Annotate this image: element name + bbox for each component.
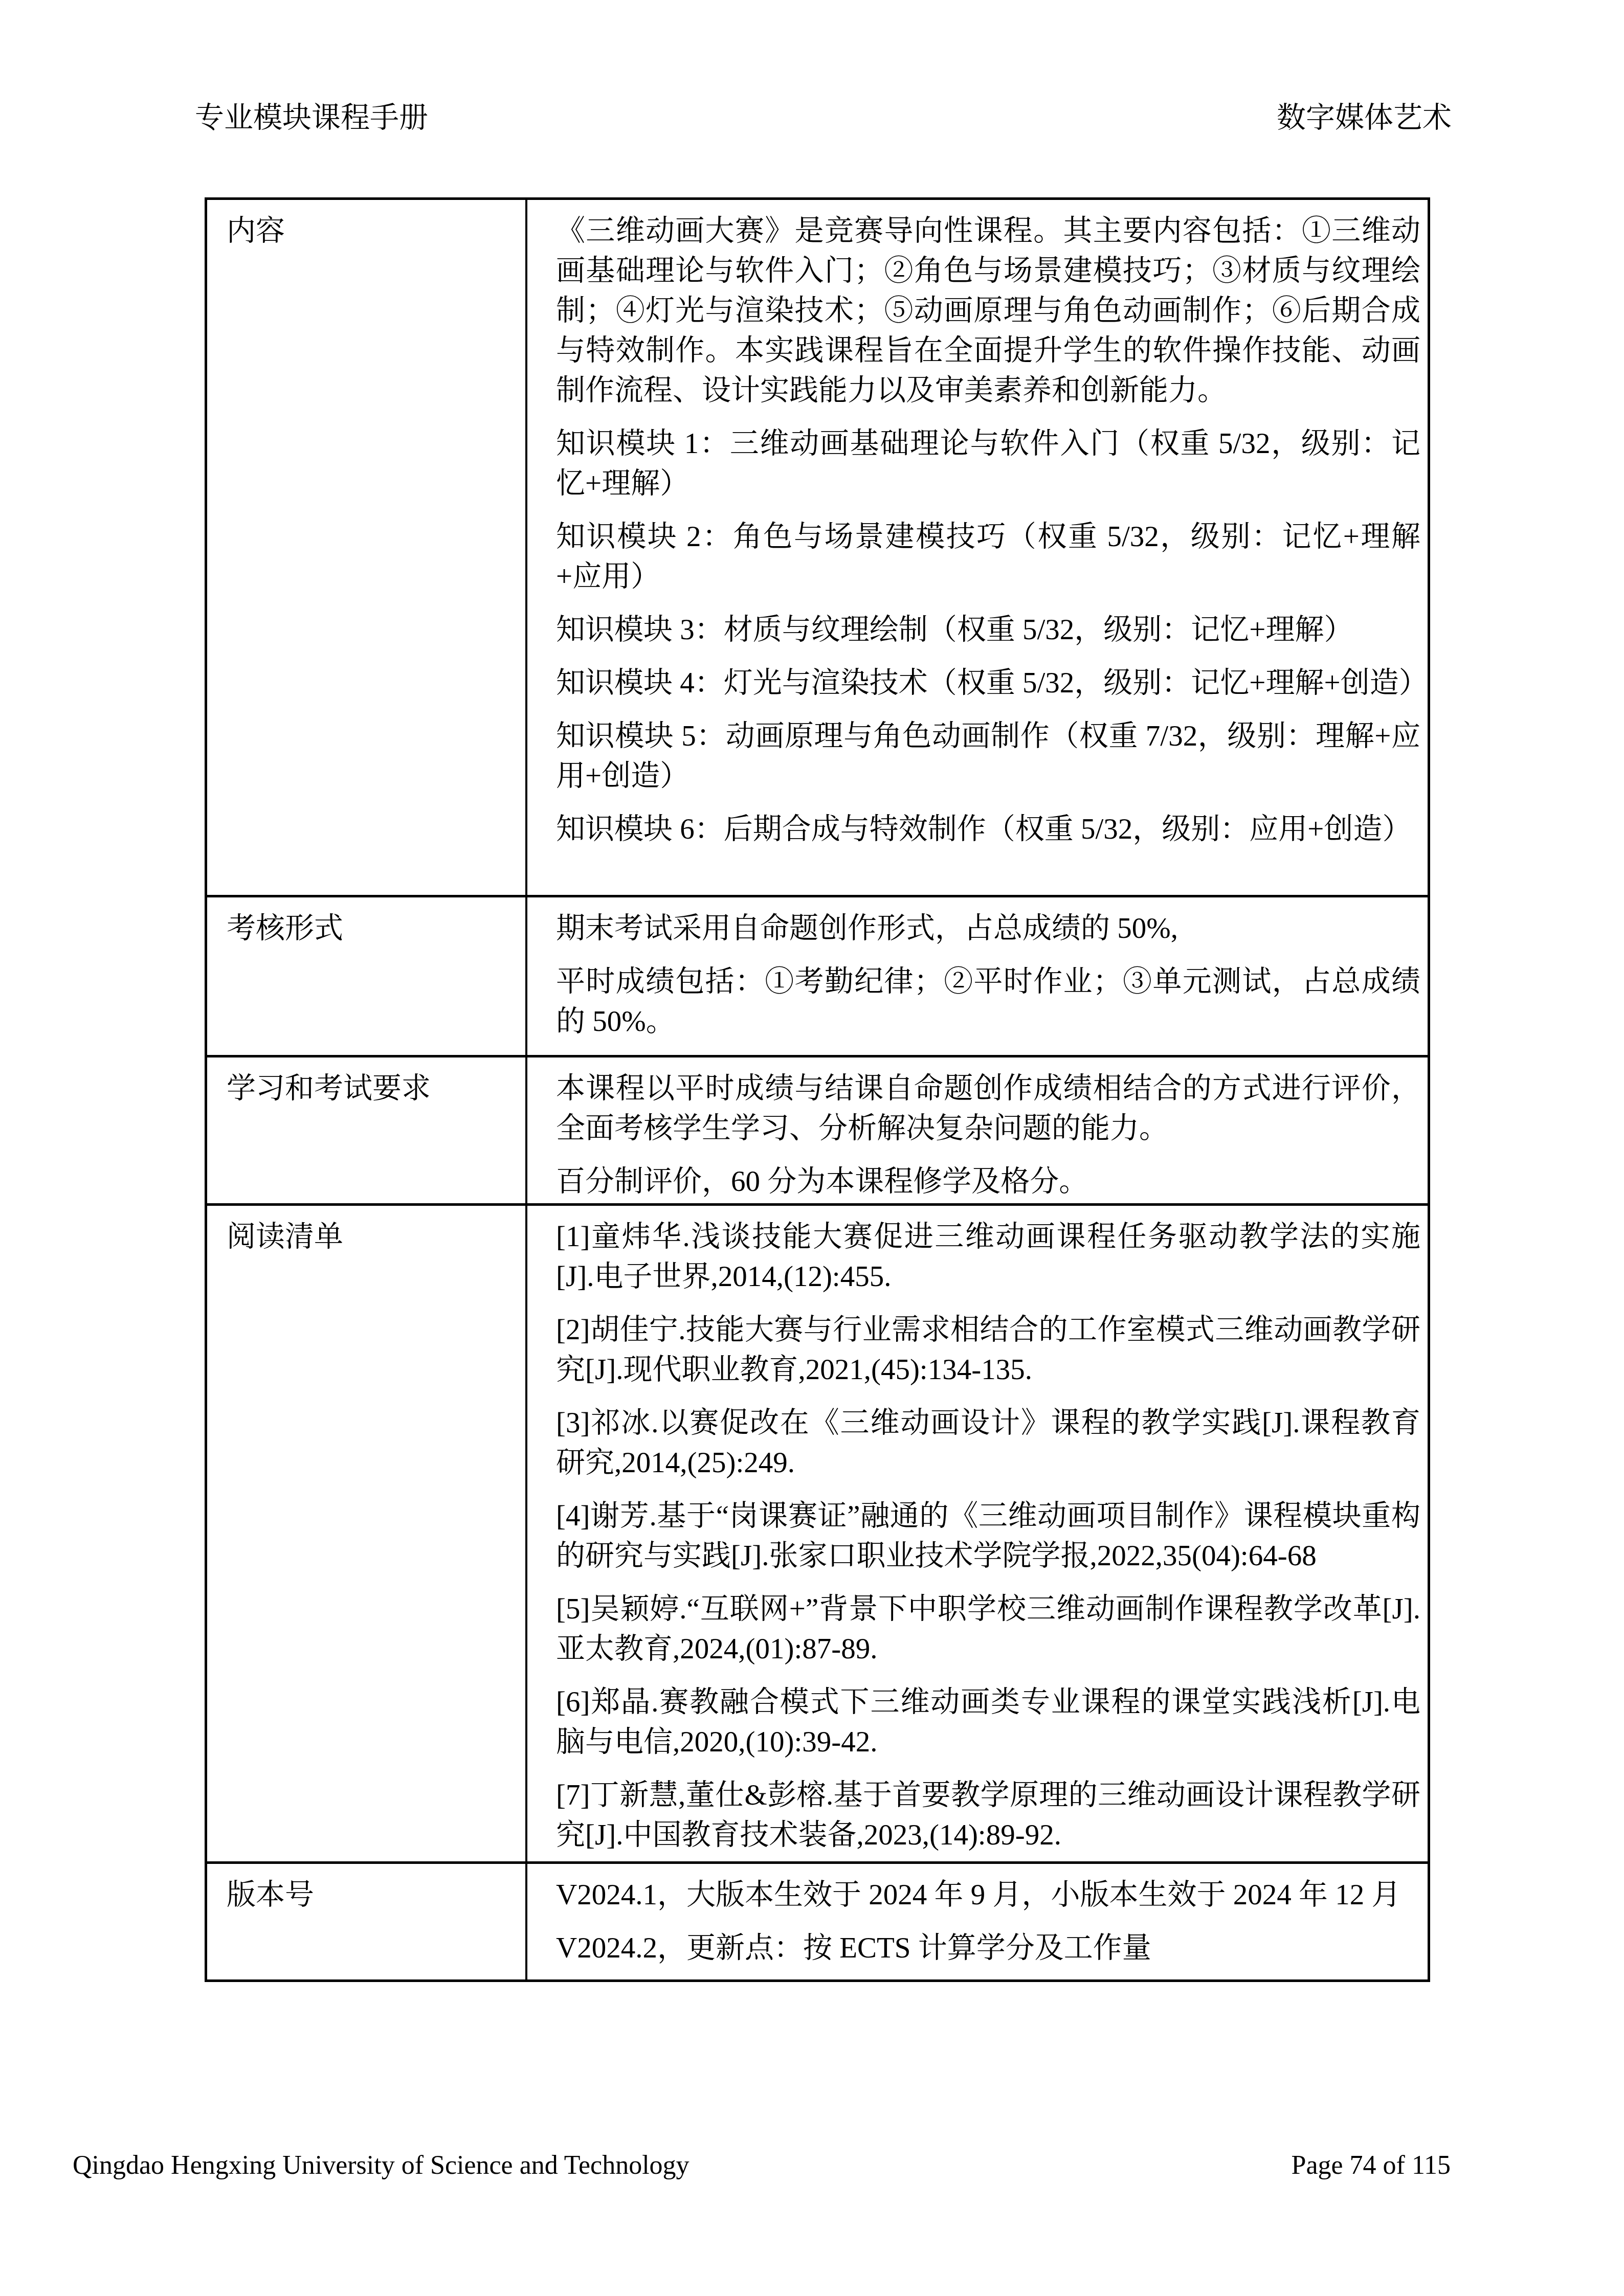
reference-item: [5]吴颖婷.“互联网+”背景下中职学校三维动画制作课程教学改革[J].亚太教育…: [556, 1589, 1420, 1669]
paragraph: 《三维动画大赛》是竞赛导向性课程。其主要内容包括：①三维动画基础理论与软件入门；…: [556, 211, 1420, 411]
paragraph: 知识模块 3：材质与纹理绘制（权重 5/32，级别：记忆+理解）: [556, 610, 1420, 650]
row-label-cell: 内容: [207, 200, 527, 895]
row-content-cell: V2024.1，大版本生效于 2024 年 9 月，小版本生效于 2024 年 …: [527, 1864, 1428, 1979]
reference-item: [7]丁新慧,董仕&彭榕.基于首要教学原理的三维动画设计课程教学研究[J].中国…: [556, 1775, 1420, 1855]
row-content-cell: 《三维动画大赛》是竞赛导向性课程。其主要内容包括：①三维动画基础理论与软件入门；…: [527, 200, 1428, 895]
paragraph: 期末考试采用自命题创作形式，占总成绩的 50%,: [556, 909, 1420, 949]
table-row-requirements: 学习和考试要求 本课程以平时成绩与结课自命题创作成绩相结合的方式进行评价，全面考…: [207, 1057, 1428, 1206]
page-footer: Qingdao Hengxing University of Science a…: [73, 2149, 1451, 2182]
reference-item: [2]胡佳宁.技能大赛与行业需求相结合的工作室模式三维动画教学研究[J].现代职…: [556, 1310, 1420, 1390]
header-title: 专业模块课程手册: [195, 100, 428, 136]
footer-page-number: Page 74 of 115: [1292, 2149, 1451, 2182]
reference-item: [3]祁冰.以赛促改在《三维动画设计》课程的教学实践[J].课程教育研究,201…: [556, 1403, 1420, 1483]
header-subject: 数字媒体艺术: [1277, 100, 1452, 136]
table-row-reading-list: 阅读清单 [1]童炜华.浅谈技能大赛促进三维动画课程任务驱动教学法的实施[J].…: [207, 1206, 1428, 1864]
table-row-assessment: 考核形式 期末考试采用自命题创作形式，占总成绩的 50%, 平时成绩包括：①考勤…: [207, 897, 1428, 1057]
table-row-content: 内容 《三维动画大赛》是竞赛导向性课程。其主要内容包括：①三维动画基础理论与软件…: [207, 200, 1428, 897]
document-page: 专业模块课程手册 数字媒体艺术 内容 《三维动画大赛》是竞赛导向性课程。其主要内…: [0, 0, 1624, 2296]
paragraph: 本课程以平时成绩与结课自命题创作成绩相结合的方式进行评价，全面考核学生学习、分析…: [556, 1069, 1420, 1149]
row-label-cell: 阅读清单: [207, 1206, 527, 1861]
paragraph: V2024.1，大版本生效于 2024 年 9 月，小版本生效于 2024 年 …: [556, 1875, 1420, 1915]
row-label-cell: 版本号: [207, 1864, 527, 1979]
row-content-cell: [1]童炜华.浅谈技能大赛促进三维动画课程任务驱动教学法的实施[J].电子世界,…: [527, 1206, 1428, 1861]
reference-item: [6]郑晶.赛教融合模式下三维动画类专业课程的课堂实践浅析[J].电脑与电信,2…: [556, 1682, 1420, 1762]
row-label-cell: 考核形式: [207, 897, 527, 1055]
row-content-cell: 本课程以平时成绩与结课自命题创作成绩相结合的方式进行评价，全面考核学生学习、分析…: [527, 1057, 1428, 1203]
paragraph: 知识模块 4：灯光与渲染技术（权重 5/32，级别：记忆+理解+创造）: [556, 663, 1420, 703]
reference-item: [1]童炜华.浅谈技能大赛促进三维动画课程任务驱动教学法的实施[J].电子世界,…: [556, 1217, 1420, 1297]
course-info-table: 内容 《三维动画大赛》是竞赛导向性课程。其主要内容包括：①三维动画基础理论与软件…: [205, 197, 1430, 1982]
table-row-version: 版本号 V2024.1，大版本生效于 2024 年 9 月，小版本生效于 202…: [207, 1864, 1428, 1979]
paragraph: 知识模块 2：角色与场景建模技巧（权重 5/32，级别：记忆+理解+应用）: [556, 517, 1420, 597]
paragraph: 知识模块 1：三维动画基础理论与软件入门（权重 5/32，级别：记忆+理解）: [556, 424, 1420, 504]
reference-item: [4]谢芳.基于“岗课赛证”融通的《三维动画项目制作》课程模块重构的研究与实践[…: [556, 1496, 1420, 1576]
page-header: 专业模块课程手册 数字媒体艺术: [195, 100, 1452, 136]
paragraph: V2024.2，更新点：按 ECTS 计算学分及工作量: [556, 1928, 1420, 1968]
footer-institution: Qingdao Hengxing University of Science a…: [73, 2149, 689, 2182]
row-label-cell: 学习和考试要求: [207, 1057, 527, 1203]
paragraph: 百分制评价，60 分为本课程修学及格分。: [556, 1162, 1420, 1202]
paragraph: 知识模块 6：后期合成与特效制作（权重 5/32，级别：应用+创造）: [556, 809, 1420, 849]
row-content-cell: 期末考试采用自命题创作形式，占总成绩的 50%, 平时成绩包括：①考勤纪律；②平…: [527, 897, 1428, 1055]
paragraph: 知识模块 5：动画原理与角色动画制作（权重 7/32，级别：理解+应用+创造）: [556, 716, 1420, 796]
paragraph: 平时成绩包括：①考勤纪律；②平时作业；③单元测试，占总成绩的 50%。: [556, 962, 1420, 1042]
